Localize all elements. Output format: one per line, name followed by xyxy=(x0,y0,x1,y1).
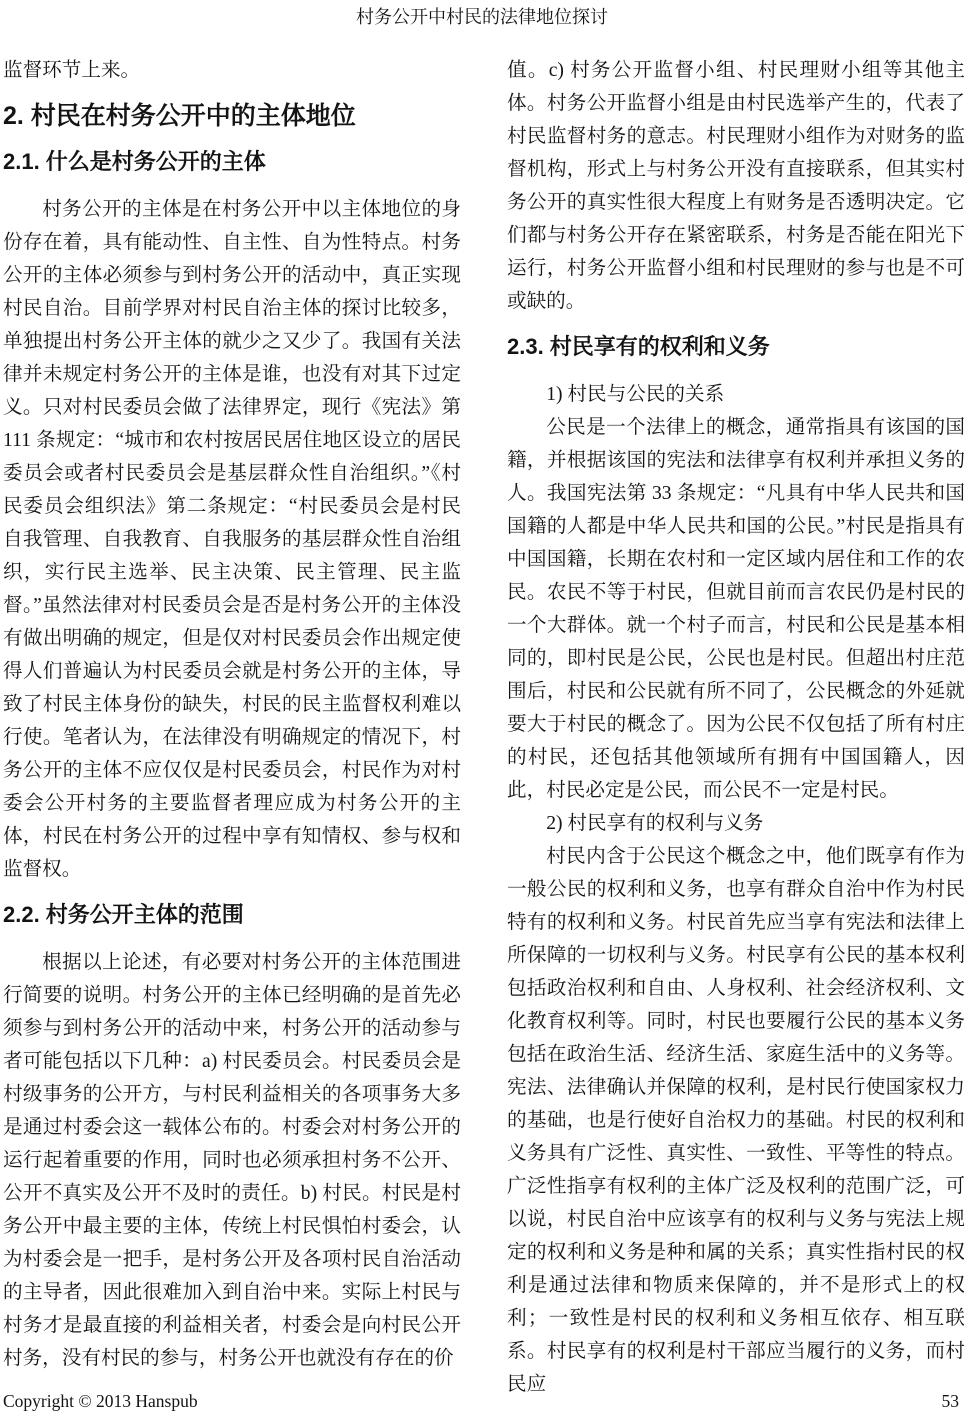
page-footer: Copyright © 2013 Hanspub 53 xyxy=(3,1391,959,1411)
body-paragraph: 公民是一个法律上的概念，通常指具有该国的国籍，并根据该国的宪法和法律享有权利并承… xyxy=(507,411,964,807)
subsection-heading-2-2: 2.2. 村务公开主体的范围 xyxy=(3,900,461,930)
two-column-body: 监督环节上来。 2. 村民在村务公开中的主体地位 2.1. 什么是村务公开的主体… xyxy=(0,54,964,1401)
subsection-heading-2-3: 2.3. 村民享有的权利和义务 xyxy=(507,332,964,362)
body-paragraph: 根据以上论述，有必要对村务公开的主体范围进行简要的说明。村务公开的主体已经明确的… xyxy=(3,946,461,1375)
subsection-heading-2-1: 2.1. 什么是村务公开的主体 xyxy=(3,147,461,177)
copyright-notice: Copyright © 2013 Hanspub xyxy=(3,1391,198,1411)
column-left: 监督环节上来。 2. 村民在村务公开中的主体地位 2.1. 什么是村务公开的主体… xyxy=(3,54,461,1401)
section-heading-2: 2. 村民在村务公开中的主体地位 xyxy=(3,99,461,133)
body-paragraph: 村民内含于公民这个概念之中，他们既享有作为一般公民的权利和义务，也享有群众自治中… xyxy=(507,840,964,1401)
column-right: 值。c) 村务公开监督小组、村民理财小组等其他主体。村务公开监督小组是由村民选举… xyxy=(507,54,964,1401)
list-item-heading: 1) 村民与公民的关系 xyxy=(507,378,964,411)
paper-page: 村务公开中村民的法律地位探讨 监督环节上来。 2. 村民在村务公开中的主体地位 … xyxy=(0,0,964,1414)
list-item-heading: 2) 村民享有的权利与义务 xyxy=(507,807,964,840)
body-paragraph-continuation: 监督环节上来。 xyxy=(3,54,461,87)
body-paragraph-continuation: 值。c) 村务公开监督小组、村民理财小组等其他主体。村务公开监督小组是由村民选举… xyxy=(507,54,964,318)
paper-running-title: 村务公开中村民的法律地位探讨 xyxy=(0,0,964,28)
page-number: 53 xyxy=(942,1391,960,1411)
body-paragraph: 村务公开的主体是在村务公开中以主体地位的身份存在着，具有能动性、自主性、自为性特… xyxy=(3,193,461,886)
